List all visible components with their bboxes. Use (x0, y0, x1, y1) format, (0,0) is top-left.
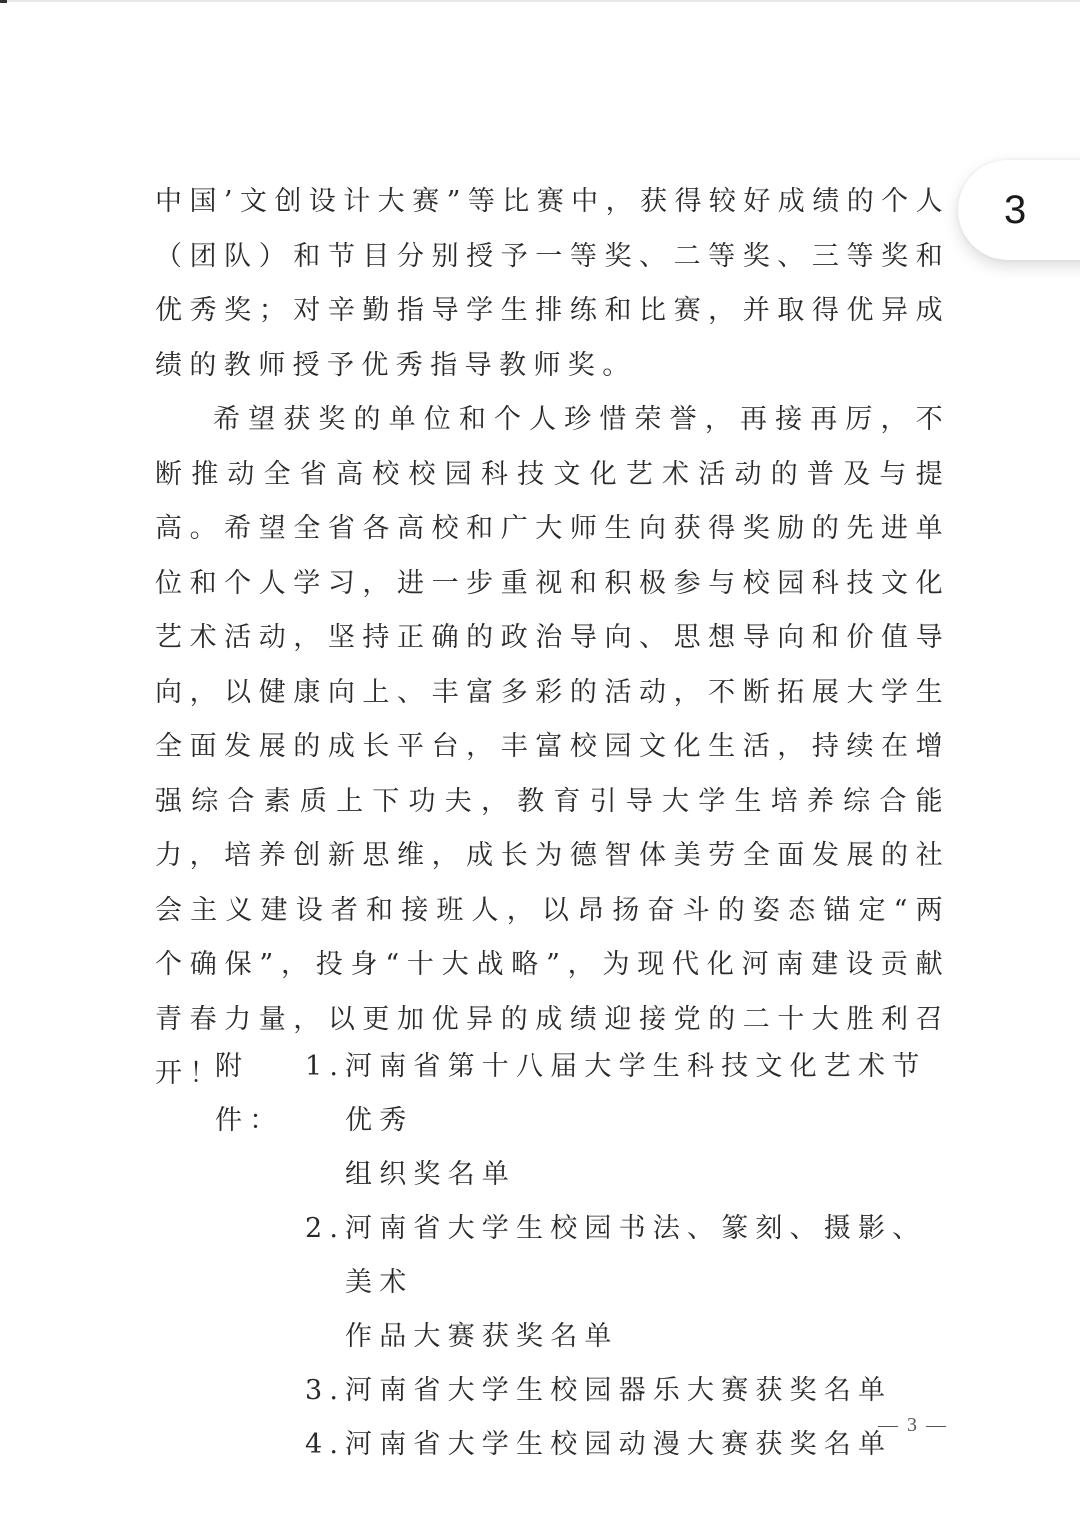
attachment-item-1: 附件： 1. 河南省第十八届大学生科技文化艺术节优秀 (215, 1040, 955, 1148)
page-footer-number: — 3 — (878, 1414, 948, 1437)
top-mark (0, 0, 7, 3)
page-indicator-number: 3 (1004, 188, 1026, 233)
attachment-number: 3. (305, 1364, 345, 1418)
attachment-number: 4. (305, 1418, 345, 1472)
attachment-item-1-cont: 组织奖名单 (215, 1148, 955, 1202)
attachment-title-cont: 组织奖名单 (345, 1148, 955, 1202)
paragraph-1: 中国’文创设计大赛”等比赛中，获得较好成绩的个人（团队）和节目分别授予一等奖、二… (155, 175, 950, 393)
attachment-title: 河南省大学生校园书法、篆刻、摄影、美术 (345, 1202, 955, 1310)
spacer (305, 1310, 345, 1364)
attachment-item-4: 4. 河南省大学生校园动漫大赛获奖名单 (215, 1418, 955, 1472)
attachment-title: 河南省第十八届大学生科技文化艺术节优秀 (345, 1040, 955, 1148)
paragraph-2: 希望获奖的单位和个人珍惜荣誉，再接再厉，不断推动全省高校校园科技文化艺术活动的普… (155, 393, 950, 1102)
document-body: 中国’文创设计大赛”等比赛中，获得较好成绩的个人（团队）和节目分别授予一等奖、二… (155, 175, 950, 1102)
attachment-title-cont: 作品大赛获奖名单 (345, 1310, 955, 1364)
attachment-item-2: 2. 河南省大学生校园书法、篆刻、摄影、美术 (215, 1202, 955, 1310)
top-edge (0, 0, 1080, 2)
attachments-label: 附件： (215, 1040, 305, 1148)
page-indicator-badge[interactable]: 3 (958, 160, 1080, 260)
attachment-number: 1. (305, 1040, 345, 1148)
attachment-title: 河南省大学生校园动漫大赛获奖名单 (345, 1418, 955, 1472)
attachments-list: 附件： 1. 河南省第十八届大学生科技文化艺术节优秀 组织奖名单 2. 河南省大… (215, 1040, 955, 1472)
attachment-title: 河南省大学生校园器乐大赛获奖名单 (345, 1364, 955, 1418)
spacer (305, 1148, 345, 1202)
attachment-number: 2. (305, 1202, 345, 1310)
attachment-item-2-cont: 作品大赛获奖名单 (215, 1310, 955, 1364)
attachment-item-3: 3. 河南省大学生校园器乐大赛获奖名单 (215, 1364, 955, 1418)
